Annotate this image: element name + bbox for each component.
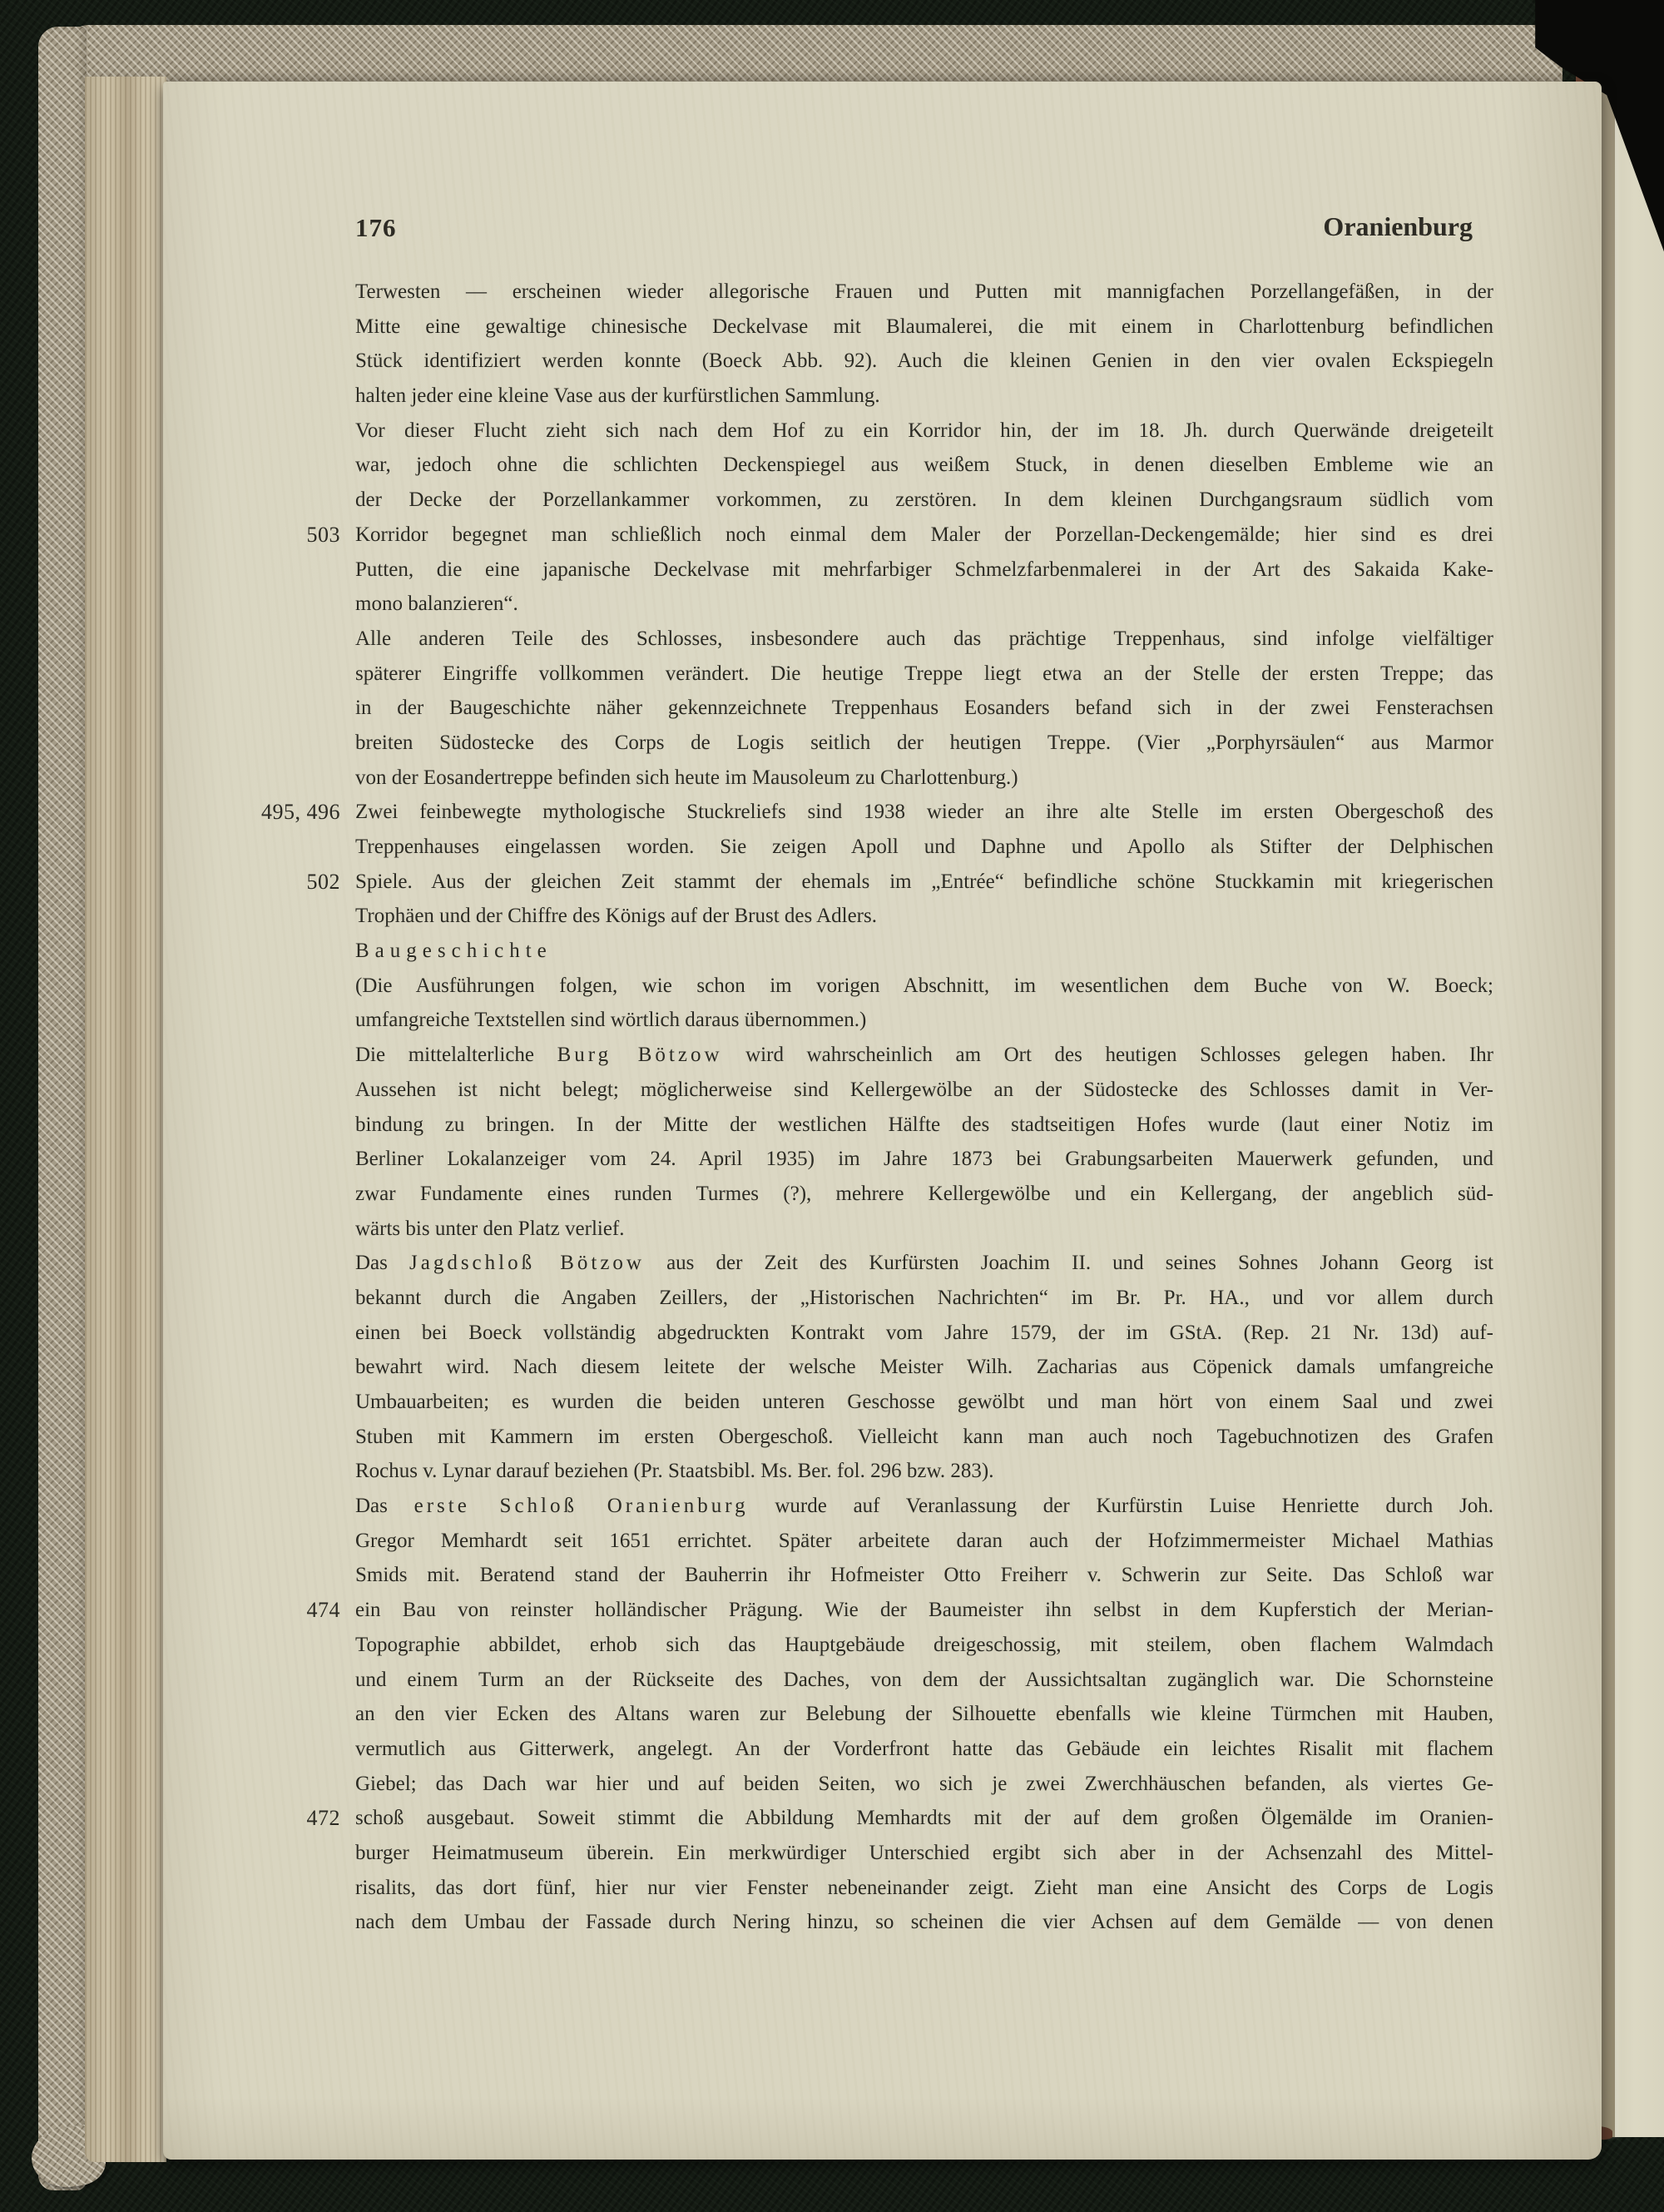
text-line-content: Treppenhauses eingelassen worden. Sie ze… xyxy=(355,836,1493,858)
text-line: Putten, die eine japanische Deckelvase m… xyxy=(355,553,1493,588)
text-line-content: der Decke der Porzellankammer vorkommen,… xyxy=(355,489,1493,511)
text-line-content: Topographie abbildet, erhob sich das Hau… xyxy=(355,1634,1493,1656)
text-line-content: Zwei feinbewegte mythologische Stuckreli… xyxy=(355,801,1493,823)
text-line: 495, 496Zwei feinbewegte mythologische S… xyxy=(355,795,1493,830)
text-line-content: wärts bis unter den Platz verlief. xyxy=(355,1218,625,1240)
text-line-content: Terwesten — erscheinen wieder allegorisc… xyxy=(355,280,1493,303)
text-line-content: Das erste Schloß Oranienburg wurde auf V… xyxy=(355,1495,1493,1517)
text-line-content: Baugeschichte xyxy=(355,940,552,962)
text-line-content: halten jeder eine kleine Vase aus der ku… xyxy=(355,384,880,407)
text-line-content: Smids mit. Beratend stand der Bauherrin … xyxy=(355,1564,1493,1586)
text-line: Berliner Lokalanzeiger vom 24. April 193… xyxy=(355,1142,1493,1177)
text-line: Giebel; das Dach war hier und auf beiden… xyxy=(355,1767,1493,1802)
body-text: Terwesten — erscheinen wieder allegorisc… xyxy=(355,275,1493,1940)
letterspaced-phrase: erste Schloß Oranienburg xyxy=(414,1495,749,1517)
margin-figure-number: 503 xyxy=(307,518,341,553)
text-line: Gregor Memhardt seit 1651 errichtet. Spä… xyxy=(355,1524,1493,1559)
text-line: halten jeder eine kleine Vase aus der ku… xyxy=(355,379,1493,414)
running-head: Oranienburg xyxy=(355,211,1473,242)
text-line: späterer Eingriffe vollkommen verändert.… xyxy=(355,657,1493,692)
margin-figure-number: 474 xyxy=(307,1593,341,1628)
text-line: zwar Fundamente eines runden Turmes (?),… xyxy=(355,1177,1493,1212)
text-line: 472schoß ausgebaut. Soweit stimmt die Ab… xyxy=(355,1801,1493,1836)
gutter-shadow xyxy=(1601,88,1615,2137)
text-line-content: Trophäen und der Chiffre des Königs auf … xyxy=(355,905,877,927)
book-page: 176 Oranienburg Terwesten — erscheinen w… xyxy=(163,82,1602,2160)
text-line-content: Aussehen ist nicht belegt; möglicherweis… xyxy=(355,1079,1493,1101)
text-line: breiten Südostecke des Corps de Logis se… xyxy=(355,726,1493,761)
text-line: risalits, das dort fünf, hier nur vier F… xyxy=(355,1871,1493,1906)
text-line-content: breiten Südostecke des Corps de Logis se… xyxy=(355,732,1493,754)
text-line: 474ein Bau von reinster holländischer Pr… xyxy=(355,1593,1493,1628)
text-line-content: (Die Ausführungen folgen, wie schon im v… xyxy=(355,975,1493,997)
text-line: der Decke der Porzellankammer vorkommen,… xyxy=(355,483,1493,518)
text-line-content: nach dem Umbau der Fassade durch Nering … xyxy=(355,1911,1493,1933)
text-line: Terwesten — erscheinen wieder allegorisc… xyxy=(355,275,1493,310)
text-line: Das Jagdschloß Bötzow aus der Zeit des K… xyxy=(355,1246,1493,1281)
book-scan-scene: { "page": { "folio": "176", "running_hea… xyxy=(0,0,1664,2212)
text-line-content: Das Jagdschloß Bötzow aus der Zeit des K… xyxy=(355,1252,1493,1274)
text-line: Rochus v. Lynar darauf beziehen (Pr. Sta… xyxy=(355,1454,1493,1489)
text-line: Trophäen und der Chiffre des Königs auf … xyxy=(355,899,1493,934)
text-line-content: späterer Eingriffe vollkommen verändert.… xyxy=(355,662,1493,685)
text-line: nach dem Umbau der Fassade durch Nering … xyxy=(355,1905,1493,1940)
text-line-content: Mitte eine gewaltige chinesische Deckelv… xyxy=(355,315,1493,338)
text-line: und einem Turm an der Rückseite des Dach… xyxy=(355,1663,1493,1698)
text-line: von der Eosandertreppe befinden sich heu… xyxy=(355,761,1493,796)
text-line-content: an den vier Ecken des Altans waren zur B… xyxy=(355,1703,1493,1725)
text-line-content: Korridor begegnet man schließlich noch e… xyxy=(355,523,1493,546)
text-line-content: Giebel; das Dach war hier und auf beiden… xyxy=(355,1773,1493,1795)
text-line-content: vermutlich aus Gitterwerk, angelegt. An … xyxy=(355,1738,1493,1760)
text-line-content: zwar Fundamente eines runden Turmes (?),… xyxy=(355,1183,1493,1205)
text-line: in der Baugeschichte näher gekennzeichne… xyxy=(355,691,1493,726)
text-line-content: Vor dieser Flucht zieht sich nach dem Ho… xyxy=(355,419,1493,442)
text-line-content: in der Baugeschichte näher gekennzeichne… xyxy=(355,697,1493,719)
text-line-content: einen bei Boeck vollständig abgedruckten… xyxy=(355,1322,1493,1344)
text-line: burger Heimatmuseum überein. Ein merkwür… xyxy=(355,1836,1493,1871)
text-line: Topographie abbildet, erhob sich das Hau… xyxy=(355,1628,1493,1663)
text-line-content: Stuben mit Kammern im ersten Obergeschoß… xyxy=(355,1426,1493,1448)
text-line: Treppenhauses eingelassen worden. Sie ze… xyxy=(355,830,1493,865)
text-line: bekannt durch die Angaben Zeillers, der … xyxy=(355,1281,1493,1316)
text-line-content: von der Eosandertreppe befinden sich heu… xyxy=(355,766,1018,789)
text-line: Vor dieser Flucht zieht sich nach dem Ho… xyxy=(355,414,1493,449)
text-line: wärts bis unter den Platz verlief. xyxy=(355,1212,1493,1247)
text-line: Stuben mit Kammern im ersten Obergeschoß… xyxy=(355,1420,1493,1455)
text-line-content: Die mittelalterliche Burg Bötzow wird wa… xyxy=(355,1044,1493,1066)
facing-page-edge xyxy=(1615,87,1664,2137)
margin-figure-number: 472 xyxy=(307,1801,341,1836)
text-line: Das erste Schloß Oranienburg wurde auf V… xyxy=(355,1489,1493,1524)
text-line-content: Gregor Memhardt seit 1651 errichtet. Spä… xyxy=(355,1530,1493,1552)
text-line-content: Rochus v. Lynar darauf beziehen (Pr. Sta… xyxy=(355,1460,993,1482)
text-line-content: Spiele. Aus der gleichen Zeit stammt der… xyxy=(355,870,1493,893)
text-line-content: Putten, die eine japanische Deckelvase m… xyxy=(355,558,1493,581)
text-line-content: bindung zu bringen. In der Mitte der wes… xyxy=(355,1113,1493,1136)
book-cover-cloth-left-edge xyxy=(38,27,87,2190)
text-line: Stück identifiziert werden konnte (Boeck… xyxy=(355,344,1493,379)
text-line-content: risalits, das dort fünf, hier nur vier F… xyxy=(355,1877,1493,1899)
text-line: Aussehen ist nicht belegt; möglicherweis… xyxy=(355,1073,1493,1108)
text-line-content: schoß ausgebaut. Soweit stimmt die Abbil… xyxy=(355,1807,1493,1829)
text-line-content: mono balanzieren“. xyxy=(355,593,518,615)
text-line: 503Korridor begegnet man schließlich noc… xyxy=(355,518,1493,553)
text-line-content: bewahrt wird. Nach diesem leitete der we… xyxy=(355,1356,1493,1378)
text-line: 502Spiele. Aus der gleichen Zeit stammt … xyxy=(355,865,1493,900)
text-line: vermutlich aus Gitterwerk, angelegt. An … xyxy=(355,1732,1493,1767)
text-line-content: Alle anderen Teile des Schlosses, insbes… xyxy=(355,627,1493,650)
text-line-content: Umbauarbeiten; es wurden die beiden unte… xyxy=(355,1391,1493,1413)
text-line-content: ein Bau von reinster holländischer Prägu… xyxy=(355,1599,1493,1621)
text-line: einen bei Boeck vollständig abgedruckten… xyxy=(355,1316,1493,1351)
letterspaced-phrase: Burg Bötzow xyxy=(557,1044,723,1066)
text-line-content: und einem Turm an der Rückseite des Dach… xyxy=(355,1669,1493,1691)
text-line-content: Berliner Lokalanzeiger vom 24. April 193… xyxy=(355,1148,1493,1170)
text-line: Mitte eine gewaltige chinesische Deckelv… xyxy=(355,310,1493,345)
text-line: Smids mit. Beratend stand der Bauherrin … xyxy=(355,1558,1493,1593)
text-line: an den vier Ecken des Altans waren zur B… xyxy=(355,1697,1493,1732)
text-line: Umbauarbeiten; es wurden die beiden unte… xyxy=(355,1385,1493,1420)
letterspaced-phrase: Jagdschloß Bötzow xyxy=(409,1252,645,1274)
text-line: Alle anderen Teile des Schlosses, insbes… xyxy=(355,622,1493,657)
margin-figure-number: 495, 496 xyxy=(261,795,340,830)
text-line: war, jedoch ohne die schlichten Deckensp… xyxy=(355,448,1493,483)
text-line-content: burger Heimatmuseum überein. Ein merkwür… xyxy=(355,1842,1493,1864)
text-line: bindung zu bringen. In der Mitte der wes… xyxy=(355,1108,1493,1143)
text-line-content: bekannt durch die Angaben Zeillers, der … xyxy=(355,1287,1493,1309)
text-line-content: umfangreiche Textstellen sind wörtlich d… xyxy=(355,1009,866,1031)
text-line-content: war, jedoch ohne die schlichten Deckensp… xyxy=(355,454,1493,476)
page-edge-stack xyxy=(85,77,166,2162)
text-line: umfangreiche Textstellen sind wörtlich d… xyxy=(355,1003,1493,1038)
text-line: mono balanzieren“. xyxy=(355,587,1493,622)
section-heading-line: Baugeschichte xyxy=(355,934,1493,969)
margin-figure-number: 502 xyxy=(307,865,341,900)
book-cover-cloth-top-edge xyxy=(70,25,1562,86)
text-line: Die mittelalterliche Burg Bötzow wird wa… xyxy=(355,1038,1493,1073)
text-line: (Die Ausführungen folgen, wie schon im v… xyxy=(355,969,1493,1004)
text-line: bewahrt wird. Nach diesem leitete der we… xyxy=(355,1350,1493,1385)
text-line-content: Stück identifiziert werden konnte (Boeck… xyxy=(355,350,1493,372)
